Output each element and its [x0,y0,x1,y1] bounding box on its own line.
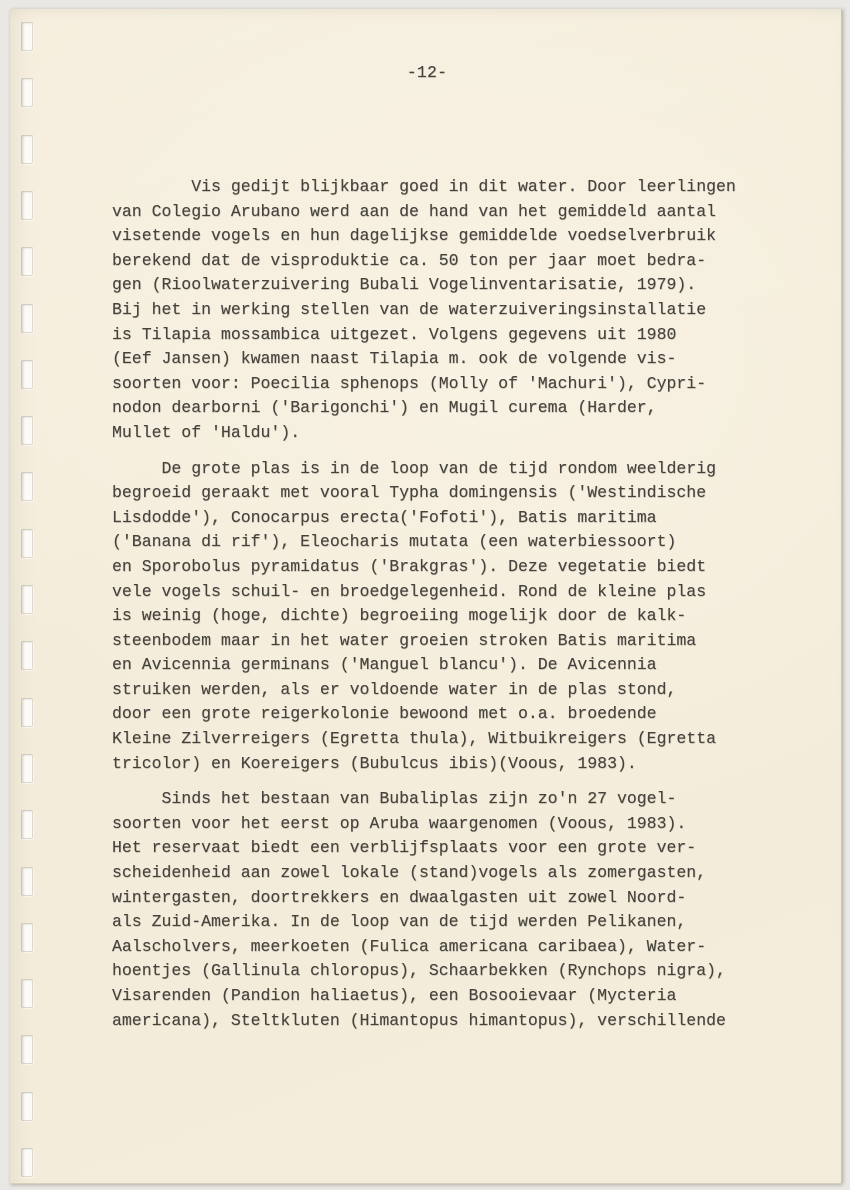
binding-hole [21,585,33,614]
scanner-background: { "colors": { "paper": "#f5eddc", "ink":… [0,0,850,1190]
binding-hole [21,247,33,276]
binding-hole [21,304,33,333]
binding-hole [21,191,33,220]
paragraph-bird-species: Sinds het bestaan van Bubaliplas zijn zo… [112,787,772,1033]
binding-hole [21,22,33,51]
binding-hole [21,979,33,1008]
binding-hole [21,472,33,501]
binding-hole [21,810,33,839]
binding-hole [21,698,33,727]
binding-hole [21,1148,33,1177]
binding-hole [21,754,33,783]
page-text: Vis gedijt blijkbaar goed in dit water. … [112,175,772,1044]
binding-hole [21,923,33,952]
binding-hole [21,641,33,670]
paragraph-fish-production: Vis gedijt blijkbaar goed in dit water. … [112,175,772,446]
document-page: -12- Vis gedijt blijkbaar goed in dit wa… [10,9,842,1184]
binding-hole [21,78,33,107]
binding-hole [21,1092,33,1121]
binding-hole [21,529,33,558]
paragraph-vegetation: De grote plas is in de loop van de tijd … [112,457,772,777]
binding-hole [21,416,33,445]
binding-hole [21,360,33,389]
binding-hole [21,867,33,896]
binding-hole [21,1035,33,1064]
page-number: -12- [112,63,742,82]
binding-hole [21,135,33,164]
